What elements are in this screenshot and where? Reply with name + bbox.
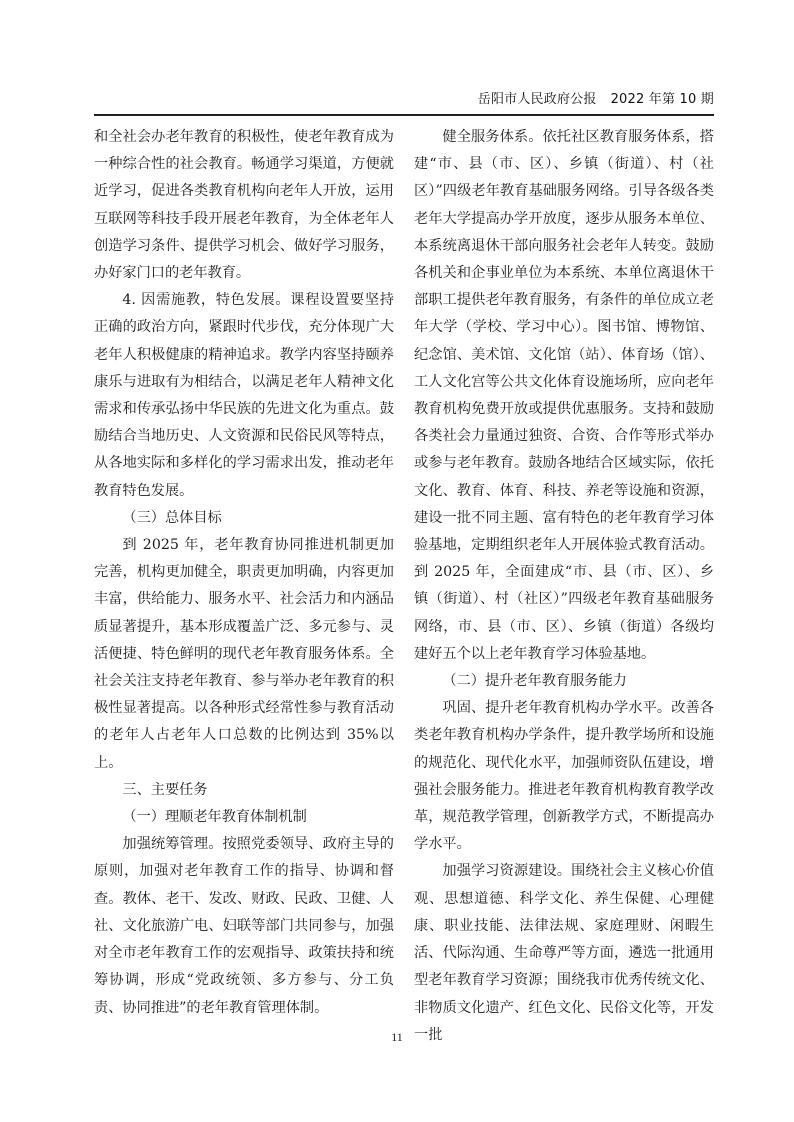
paragraph-learning-resources: 加强学习资源建设。围绕社会主义核心价值观、思想道德、科学文化、养生保健、心理健康… bbox=[414, 858, 714, 1048]
right-column: 健全服务体系。依托社区教育服务体系，搭建“市、县（市、区）、乡镇（街道）、村（社… bbox=[414, 124, 714, 1049]
paragraph-coordination: 加强统筹管理。按照党委领导、政府主导的原则，加强对老年教育工作的指导、协调和督查… bbox=[94, 831, 394, 1021]
paragraph-overall-goal: 到 2025 年，老年教育协同推进机制更加完善，机构更加健全，职责更加明确，内容… bbox=[94, 532, 394, 777]
paragraph-continuation: 和全社会办老年教育的积极性，使老年教育成为一种综合性的社会教育。畅通学习渠道，方… bbox=[94, 124, 394, 287]
section-heading-system-mechanism: （一）理顺老年教育体制机制 bbox=[94, 804, 394, 831]
publication-title: 岳阳市人民政府公报 bbox=[478, 92, 597, 107]
left-column: 和全社会办老年教育的积极性，使老年教育成为一种综合性的社会教育。畅通学习渠道，方… bbox=[94, 124, 394, 1022]
paragraph-institution-level: 巩固、提升老年教育机构办学水平。改善各类老年教育机构办学条件，提升教学场所和设施… bbox=[414, 695, 714, 858]
running-header: 岳阳市人民政府公报2022 年第 10 期 bbox=[94, 88, 714, 112]
paragraph-tailored-teaching: 4. 因需施教，特色发展。课程设置要坚持正确的政治方向，紧跟时代步伐，充分体现广… bbox=[94, 287, 394, 505]
issue-number: 2022 年第 10 期 bbox=[611, 92, 714, 107]
section-heading-main-tasks: 三、主要任务 bbox=[94, 777, 394, 804]
section-heading-overall-goal: （三）总体目标 bbox=[94, 505, 394, 532]
page-number: 11 bbox=[384, 1030, 410, 1045]
header-rule bbox=[94, 114, 714, 116]
section-heading-service-capacity: （二）提升老年教育服务能力 bbox=[414, 668, 714, 695]
paragraph-service-system: 健全服务体系。依托社区教育服务体系，搭建“市、县（市、区）、乡镇（街道）、村（社… bbox=[414, 124, 714, 668]
